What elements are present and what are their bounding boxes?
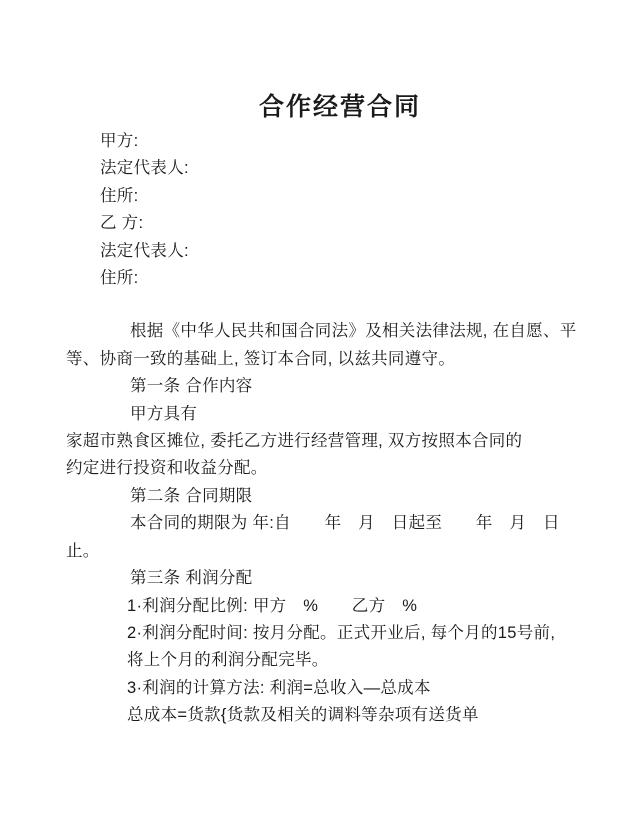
clause-1-line-3: 约定进行投资和收益分配。 bbox=[66, 455, 640, 482]
party-b-legal-representative-field: 法定代表人: bbox=[100, 238, 640, 265]
preamble-line-1: 根据《中华人民共和国合同法》及相关法律法规, 在自愿、平 bbox=[130, 318, 640, 345]
paragraph-spacer bbox=[0, 292, 640, 318]
clause-2-line-1: 本合同的期限为 年:自 年 月 日起至 年 月 日 bbox=[130, 510, 640, 537]
document-title: 合作经营合同 bbox=[0, 93, 640, 121]
clause-1-line-1: 甲方具有 bbox=[130, 401, 640, 428]
party-a-field: 甲方: bbox=[100, 128, 640, 155]
clause-1-line-2: 家超市熟食区摊位, 委托乙方进行经营管理, 双方按照本合同的 bbox=[66, 428, 640, 455]
preamble-line-2: 等、协商一致的基础上, 签订本合同, 以兹共同遵守。 bbox=[66, 346, 640, 373]
clause-3-heading: 第三条 利润分配 bbox=[130, 565, 640, 592]
party-a-legal-representative-field: 法定代表人: bbox=[100, 155, 640, 182]
clause-3-item-3: 3·利润的计算方法: 利润=总收入—总成本 bbox=[127, 675, 640, 702]
party-b-field: 乙 方: bbox=[100, 210, 640, 237]
clause-3-item-1: 1·利润分配比例: 甲方 % 乙方 % bbox=[127, 593, 640, 620]
clause-2-line-2: 止。 bbox=[66, 538, 640, 565]
clause-1-heading: 第一条 合作内容 bbox=[130, 373, 640, 400]
contract-page: 合作经营合同 甲方: 法定代表人: 住所: 乙 方: 法定代表人: 住所: 根据… bbox=[0, 0, 640, 820]
clause-3-item-2-line-1: 2·利润分配时间: 按月分配。正式开业后, 每个月的15号前, bbox=[127, 620, 640, 647]
clause-3-item-3-continuation: 总成本=货款{货款及相关的调料等杂项有送货单 bbox=[127, 702, 640, 729]
clause-3-item-2-line-2: 将上个月的利润分配完毕。 bbox=[127, 647, 640, 674]
party-b-address-field: 住所: bbox=[100, 265, 640, 292]
party-a-address-field: 住所: bbox=[100, 183, 640, 210]
clause-2-heading: 第二条 合同期限 bbox=[130, 483, 640, 510]
